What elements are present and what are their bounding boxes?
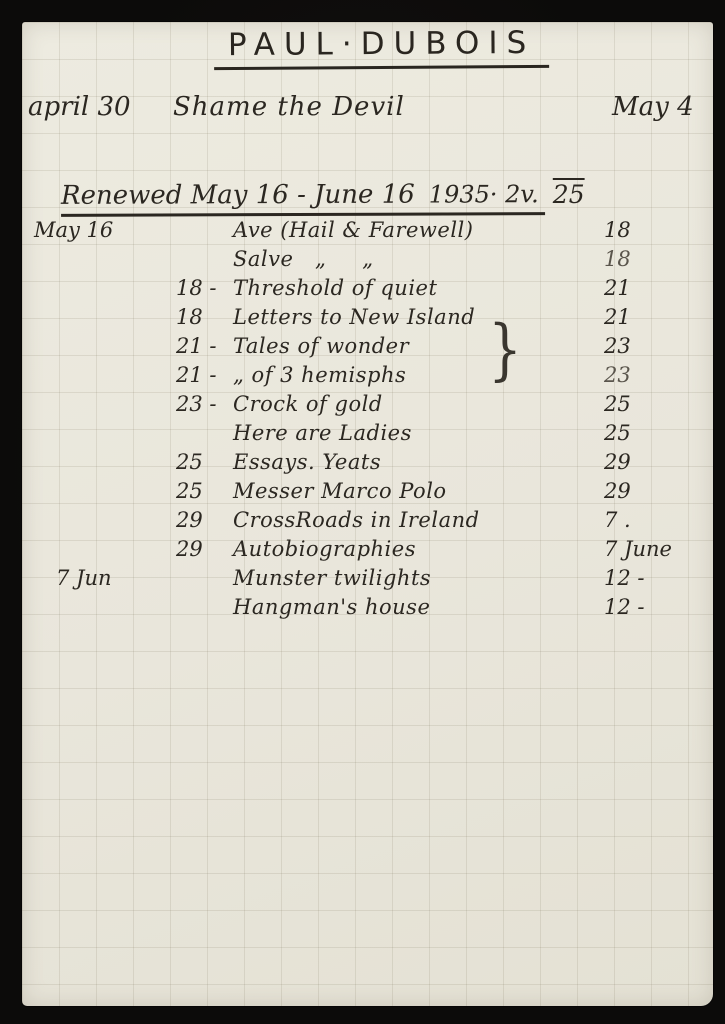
entry-book-title: Autobiographies	[233, 535, 600, 564]
loan-entry-row: 18 - Threshold of quiet 21	[28, 274, 704, 303]
entry-return-date: 21	[600, 303, 704, 332]
entry-book-title: Essays. Yeats	[233, 448, 600, 477]
entry-borrow-date	[28, 419, 233, 448]
loan-entries: May 16 Ave (Hail & Farewell) 18 Salve „ …	[28, 216, 704, 622]
cardholder-name-text: PAUL·DUBOIS	[214, 25, 550, 70]
renewal-text: Renewed May 16 - June 161935· 2v.	[61, 179, 545, 217]
cardholder-name: PAUL·DUBOIS	[172, 26, 592, 69]
entry-return-date: 18	[600, 245, 704, 274]
entry-book-title: Hangman's house	[233, 593, 600, 622]
entry-borrow-date: 29	[28, 506, 233, 535]
entry-return-date: 12 -	[600, 593, 704, 622]
entry-return-date: 23	[600, 361, 704, 390]
loan-entry-row: Salve „ „ 18	[28, 245, 704, 274]
entry-book-title: Tales of wonder	[233, 332, 600, 361]
loan-date-due: May 4	[612, 92, 700, 122]
entry-book-title: Here are Ladies	[233, 419, 600, 448]
loan-entry-row: May 16 Ave (Hail & Farewell) 18	[28, 216, 704, 245]
loan-entry-row: 21 - Tales of wonder 23	[28, 332, 704, 361]
brace-glyph: }	[488, 318, 522, 382]
loan-entry-row: 21 - „ of 3 hemisphs 23	[28, 361, 704, 390]
entry-borrow-date	[28, 593, 233, 622]
loan-date-out: april 30	[28, 92, 163, 122]
entry-return-date: 25	[600, 390, 704, 419]
renewal-fee: 25	[545, 180, 585, 209]
entry-borrow-date: 25	[28, 448, 233, 477]
photo-background: { "card": { "title": "PAUL·DUBOIS", "fir…	[0, 0, 725, 1024]
loan-entry-row: 18 Letters to New Island 21	[28, 303, 704, 332]
entry-return-date: 23	[600, 332, 704, 361]
first-loan-line: april 30 Shame the Devil May 4	[28, 92, 700, 122]
entry-borrow-date: 18	[28, 303, 233, 332]
entry-return-date: 12 -	[600, 564, 704, 593]
entry-borrow-date: May 16	[28, 216, 233, 245]
loan-entry-row: 29 Autobiographies 7 June	[28, 535, 704, 564]
entry-borrow-date: 21 -	[28, 332, 233, 361]
entry-return-date: 7 .	[600, 506, 704, 535]
entry-borrow-date	[28, 245, 233, 274]
loan-entry-row: Hangman's house 12 -	[28, 593, 704, 622]
entry-book-title: Salve „ „	[233, 245, 600, 274]
entry-return-date: 18	[600, 216, 704, 245]
entry-return-date: 29	[600, 477, 704, 506]
entry-book-title: Threshold of quiet	[233, 274, 600, 303]
entry-borrow-date: 29	[28, 535, 233, 564]
renewal-note: 1935· 2v.	[415, 180, 539, 208]
loan-book-title: Shame the Devil	[163, 92, 612, 122]
entry-borrow-date: 18 -	[28, 274, 233, 303]
entry-return-date: 25	[600, 419, 704, 448]
entry-book-title: Ave (Hail & Farewell)	[233, 216, 600, 245]
entry-return-date: 7 June	[600, 535, 704, 564]
entry-book-title: „ of 3 hemisphs	[233, 361, 600, 390]
entry-book-title: Letters to New Island	[233, 303, 600, 332]
entry-borrow-date: 25	[28, 477, 233, 506]
loan-entry-row: 23 - Crock of gold 25	[28, 390, 704, 419]
entry-book-title: Messer Marco Polo	[233, 477, 600, 506]
loan-entry-row: 25 Messer Marco Polo 29	[28, 477, 704, 506]
loan-entry-row: 29 CrossRoads in Ireland 7 .	[28, 506, 704, 535]
entry-return-date: 29	[600, 448, 704, 477]
entry-borrow-date: 7 Jun	[28, 564, 233, 593]
entry-book-title: Crock of gold	[233, 390, 600, 419]
entry-return-date: 21	[600, 274, 704, 303]
entry-borrow-date: 23 -	[28, 390, 233, 419]
entry-book-title: CrossRoads in Ireland	[233, 506, 600, 535]
loan-entry-row: 7 Jun Munster twilights 12 -	[28, 564, 704, 593]
entry-book-title: Munster twilights	[233, 564, 600, 593]
loan-entry-row: 25 Essays. Yeats 29	[28, 448, 704, 477]
loan-entry-row: Here are Ladies 25	[28, 419, 704, 448]
entry-borrow-date: 21 -	[28, 361, 233, 390]
library-lending-card: PAUL·DUBOIS april 30 Shame the Devil May…	[22, 22, 713, 1006]
